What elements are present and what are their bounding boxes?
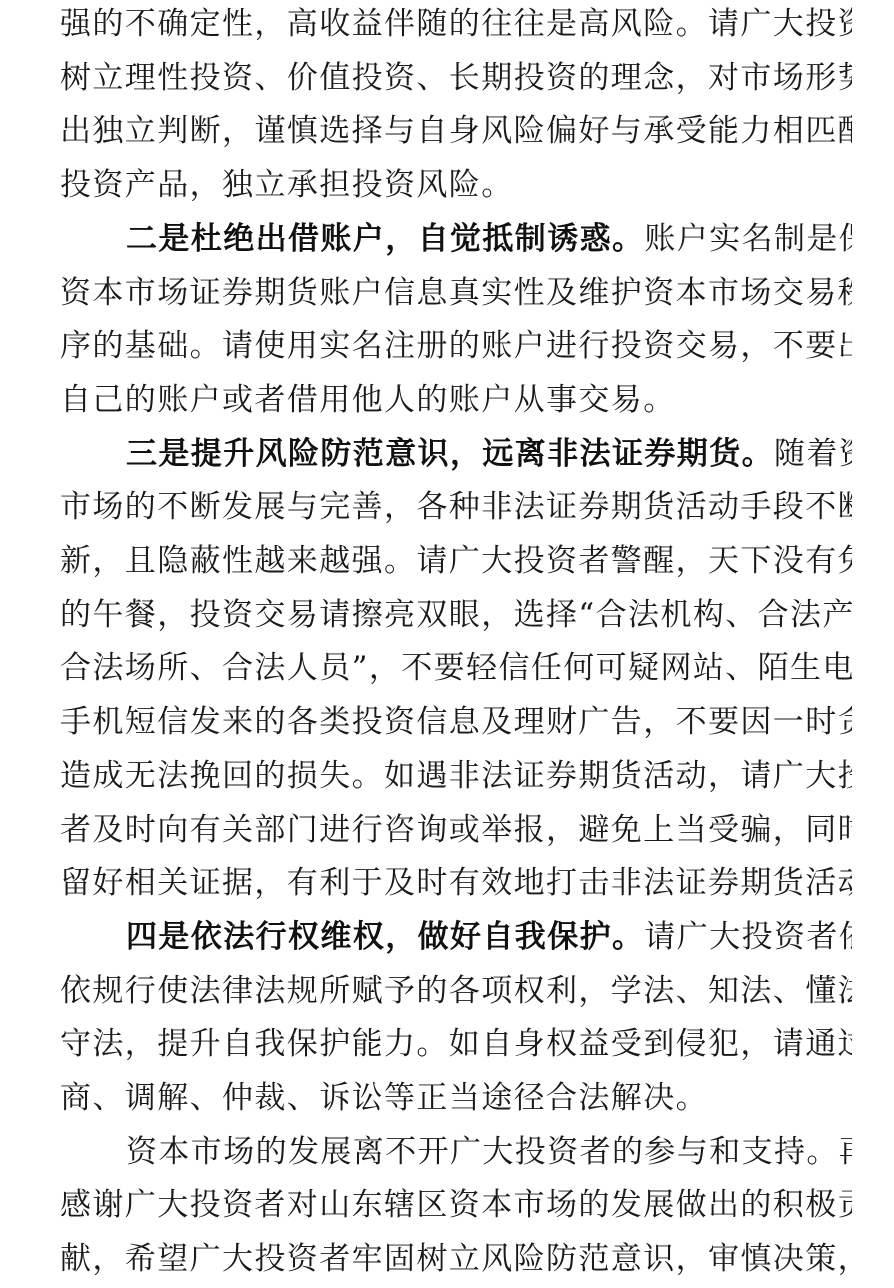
text-line: 资本市场证券期货账户信息真实性及维护资本市场交易秩: [60, 267, 852, 321]
text-line: 树立理性投资、价值投资、长期投资的理念，对市场形势作: [60, 52, 852, 106]
text-line: 的午餐，投资交易请擦亮双眼，选择“合法机构、合法产品、: [60, 589, 852, 643]
text-run: 随着资本: [774, 436, 852, 472]
paragraph-heading: 三是提升风险防范意识，远离非法证券期货。: [126, 436, 774, 472]
text-line: 二是杜绝出借账户，自觉抵制诱惑。账户实名制是保障: [60, 213, 852, 267]
text-line: 新，且隐蔽性越来越强。请广大投资者警醒，天下没有免费: [60, 535, 852, 589]
paragraph-heading: 二是杜绝出借账户，自觉抵制诱惑。: [126, 221, 644, 257]
text-line: 商、调解、仲裁、诉讼等正当途径合法解决。: [60, 1072, 852, 1126]
text-line: 自己的账户或者借用他人的账户从事交易。: [60, 374, 852, 428]
document-body: 强的不确定性，高收益伴随的往往是高风险。请广大投资者 树立理性投资、价值投资、长…: [60, 0, 852, 1287]
text-line: 市场的不断发展与完善，各种非法证券期货活动手段不断翻: [60, 481, 852, 535]
text-line: 守法，提升自我保护能力。如自身权益受到侵犯，请通过协: [60, 1018, 852, 1072]
text-line: 依规行使法律法规所赋予的各项权利，学法、知法、懂法、: [60, 965, 852, 1019]
document-page: 强的不确定性，高收益伴随的往往是高风险。请广大投资者 树立理性投资、价值投资、长…: [0, 0, 894, 1288]
text-line: 强的不确定性，高收益伴随的往往是高风险。请广大投资者: [60, 0, 852, 52]
paragraph-rights-protection: 四是依法行权维权，做好自我保护。请广大投资者依法 依规行使法律法规所赋予的各项权…: [60, 911, 852, 1126]
text-line: 合法场所、合法人员”，不要轻信任何可疑网站、陌生电话、: [60, 642, 852, 696]
text-line: 出独立判断，谨慎选择与自身风险偏好与承受能力相匹配的: [60, 105, 852, 159]
text-run: 资本市场的发展离不开广大投资者的参与和支持。再次: [126, 1134, 852, 1170]
text-line: 献，希望广大投资者牢固树立风险防范意识，审慎决策，理: [60, 1233, 852, 1287]
paragraph-closing-thanks: 资本市场的发展离不开广大投资者的参与和支持。再次 感谢广大投资者对山东辖区资本市…: [60, 1126, 852, 1287]
paragraph-no-account-lending: 二是杜绝出借账户，自觉抵制诱惑。账户实名制是保障 资本市场证券期货账户信息真实性…: [60, 213, 852, 428]
text-line: 者及时向有关部门进行咨询或举报，避免上当受骗，同时保: [60, 804, 852, 858]
text-run: 账户实名制是保障: [644, 221, 852, 257]
text-line: 投资产品，独立承担投资风险。: [60, 159, 852, 213]
text-line: 资本市场的发展离不开广大投资者的参与和支持。再次: [60, 1126, 852, 1180]
text-line: 感谢广大投资者对山东辖区资本市场的发展做出的积极贡: [60, 1179, 852, 1233]
text-run: 请广大投资者依法: [644, 919, 852, 955]
paragraph-avoid-illegal-securities: 三是提升风险防范意识，远离非法证券期货。随着资本 市场的不断发展与完善，各种非法…: [60, 428, 852, 911]
text-line: 手机短信发来的各类投资信息及理财广告，不要因一时贪念: [60, 696, 852, 750]
text-line: 造成无法挽回的损失。如遇非法证券期货活动，请广大投资: [60, 750, 852, 804]
paragraph-heading: 四是依法行权维权，做好自我保护。: [126, 919, 644, 955]
text-line: 三是提升风险防范意识，远离非法证券期货。随着资本: [60, 428, 852, 482]
text-line: 四是依法行权维权，做好自我保护。请广大投资者依法: [60, 911, 852, 965]
text-line: 序的基础。请使用实名注册的账户进行投资交易，不要出借: [60, 320, 852, 374]
text-line: 留好相关证据，有利于及时有效地打击非法证券期货活动。: [60, 857, 852, 911]
paragraph-investment-risk: 强的不确定性，高收益伴随的往往是高风险。请广大投资者 树立理性投资、价值投资、长…: [60, 0, 852, 213]
